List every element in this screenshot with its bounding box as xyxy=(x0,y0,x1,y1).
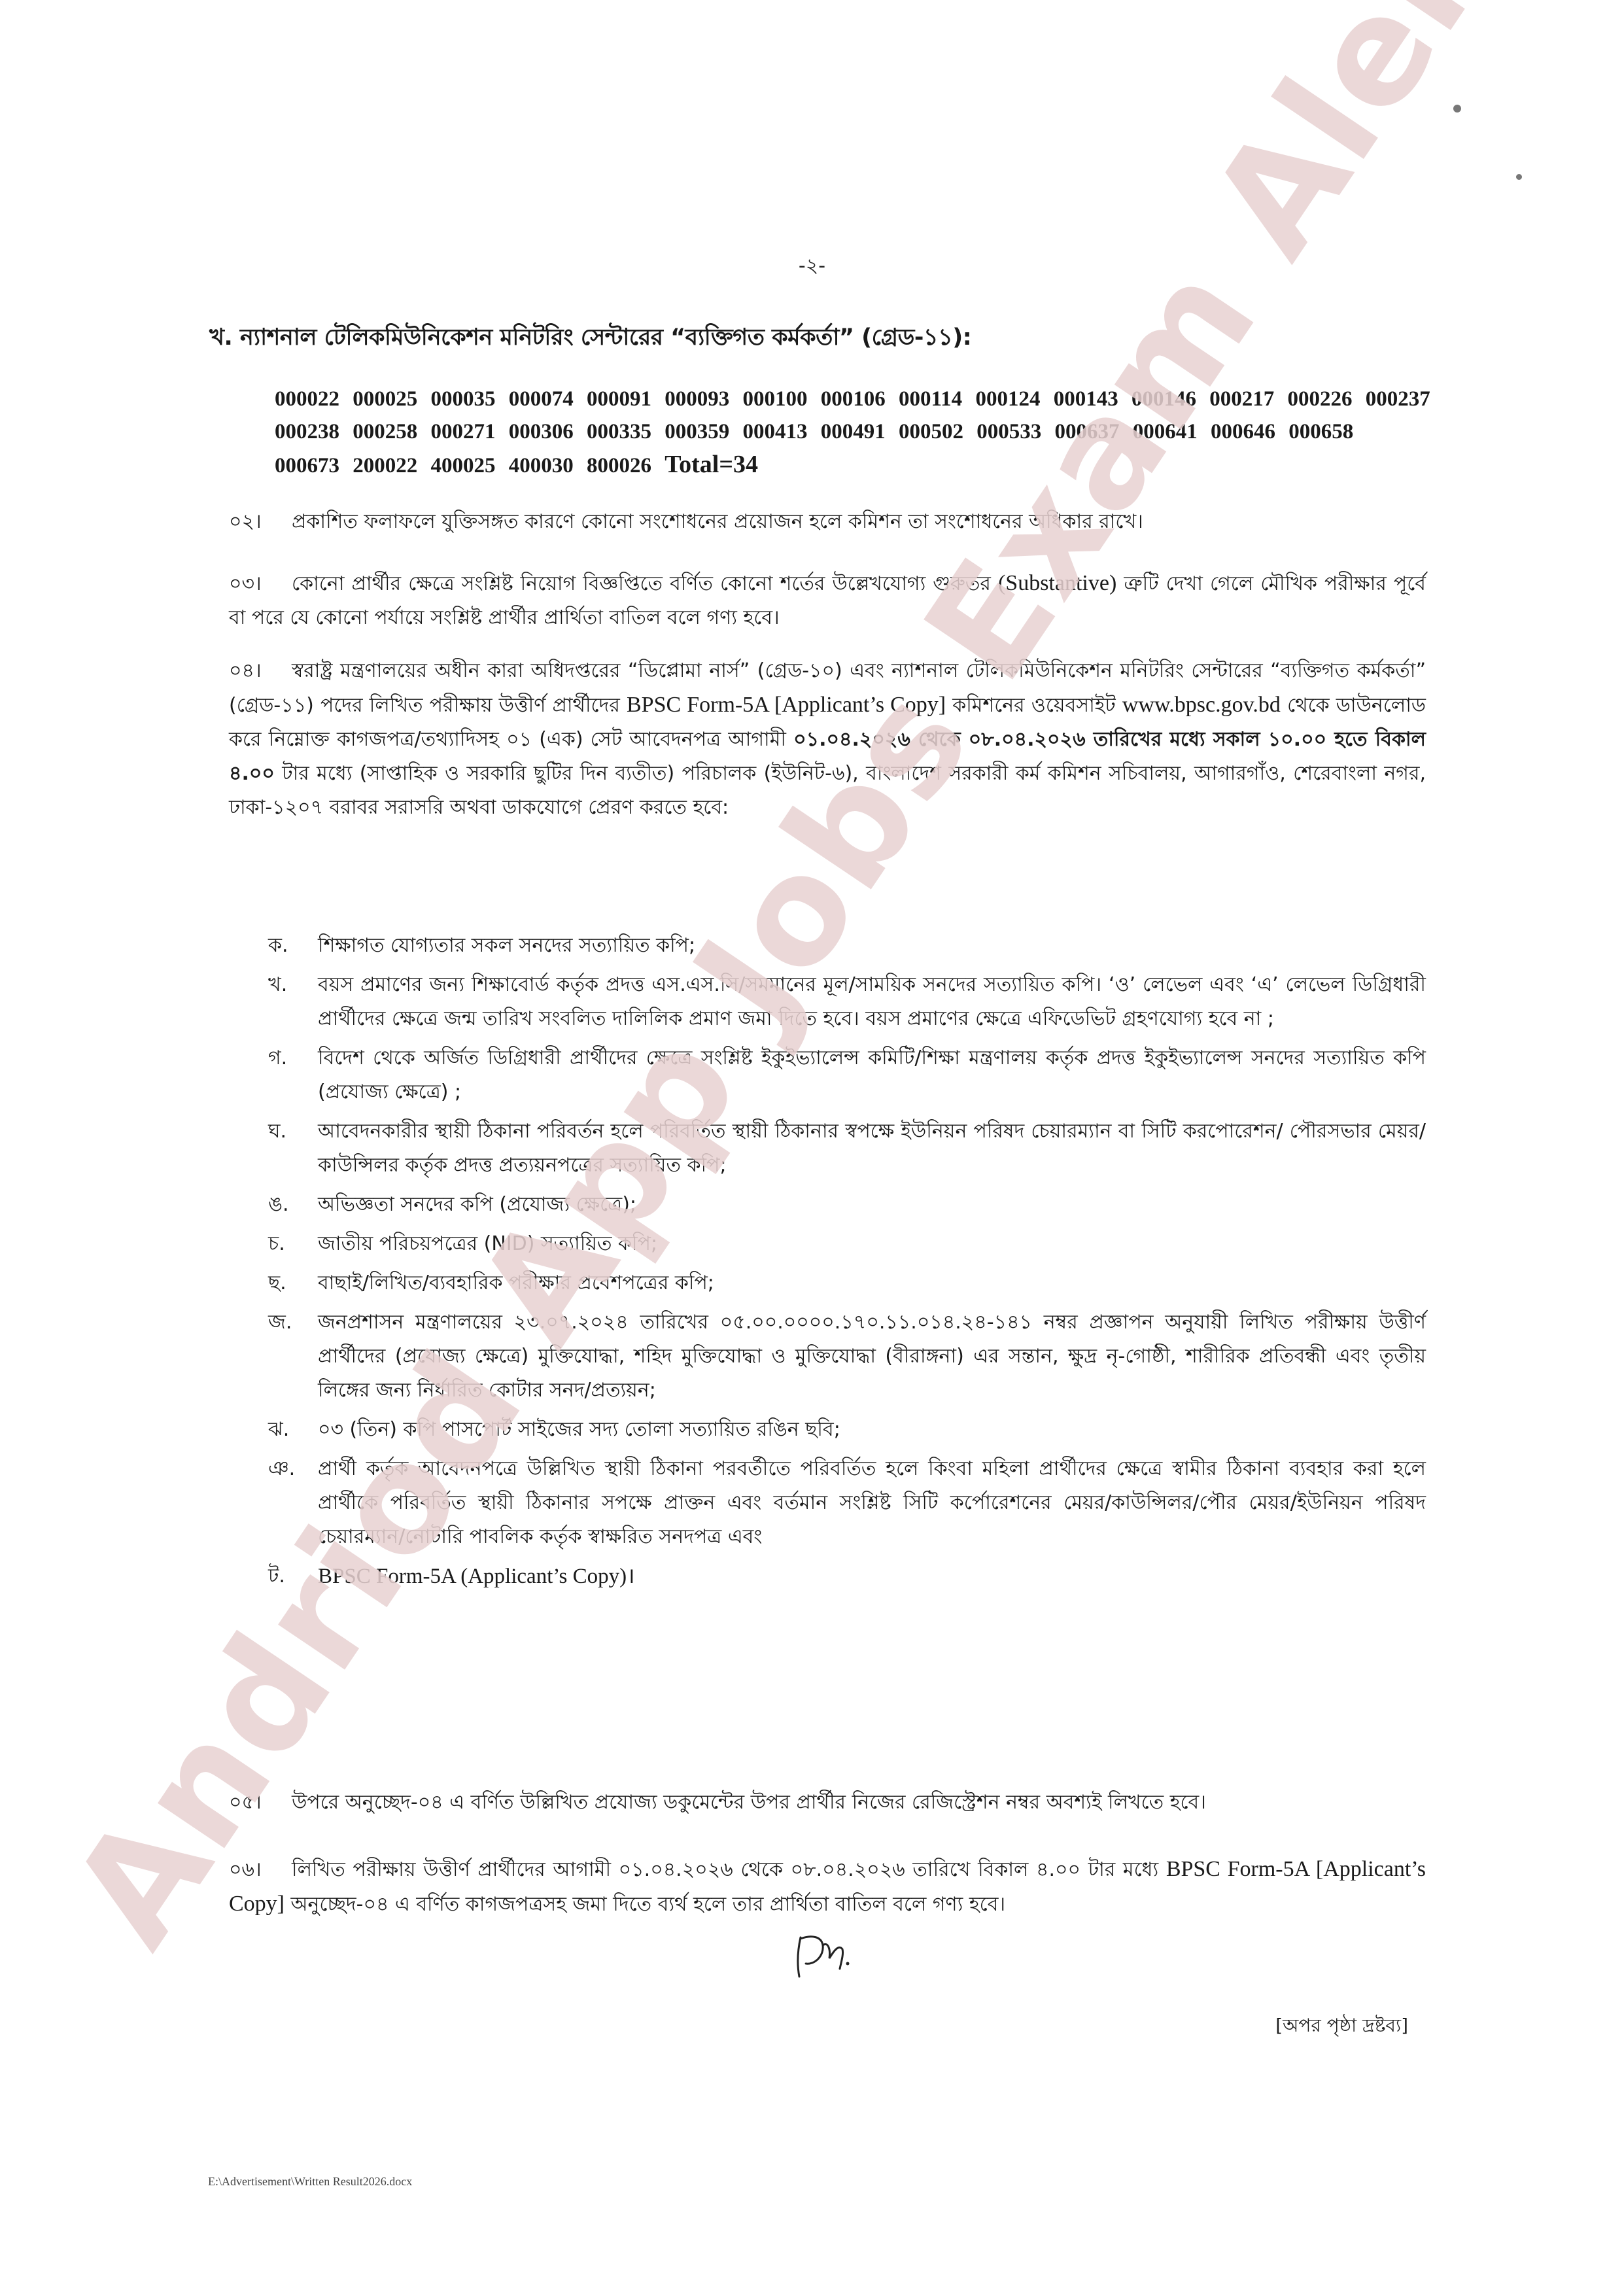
list-item: গ.বিদেশ থেকে অর্জিত ডিগ্রিধারী প্রার্থীদ… xyxy=(268,1041,1426,1109)
roll-number: 000093 xyxy=(665,387,729,411)
roll-number: 000359 xyxy=(665,420,729,443)
list-item: ঞ.প্রার্থী কর্তৃক আবেদনপত্রে উল্লিখিত স্… xyxy=(268,1452,1426,1554)
paragraph-text: লিখিত পরীক্ষায় উত্তীর্ণ প্রার্থীদের আগা… xyxy=(292,1858,1158,1881)
roll-number: 000238 xyxy=(275,420,339,443)
continued-note: [অপর পৃষ্ঠা দ্রষ্টব্য] xyxy=(1275,2011,1408,2042)
document-page: -২- খ. ন্যাশনাল টেলিকমিউনিকেশন মনিটরিং স… xyxy=(0,0,1624,2288)
list-item-label: খ. xyxy=(268,968,318,1036)
paragraph-05: ০৫।উপরে অনুচ্ছেদ-০৪ এ বর্ণিত উল্লিখিত প্… xyxy=(229,1786,1426,1820)
section-heading: খ. ন্যাশনাল টেলিকমিউনিকেশন মনিটরিং সেন্ট… xyxy=(209,319,971,358)
list-item: ঘ.আবেদনকারীর স্থায়ী ঠিকানা পরিবর্তন হলে… xyxy=(268,1115,1426,1183)
roll-number: 000641 xyxy=(1133,420,1198,443)
roll-number: 000533 xyxy=(976,420,1041,443)
roll-number: 000106 xyxy=(821,387,886,411)
roll-number: 200022 xyxy=(353,454,417,477)
roll-number: 000035 xyxy=(431,387,496,411)
paragraph-number: ০৪। xyxy=(229,654,292,688)
roll-number: 000091 xyxy=(587,387,651,411)
form-reference: BPSC Form-5A [Applicant’s Copy] xyxy=(627,693,946,717)
paragraph-06: ০৬।লিখিত পরীক্ষায় উত্তীর্ণ প্রার্থীদের … xyxy=(229,1852,1426,1922)
roll-number: 000491 xyxy=(821,420,886,443)
list-item-text: জাতীয় পরিচয়পত্রের (NID) সত্যায়িত কপি; xyxy=(318,1227,1426,1261)
website-link[interactable]: www.bpsc.gov.bd xyxy=(1122,693,1281,717)
roll-number: 000022 xyxy=(275,387,339,411)
list-item-label: ট. xyxy=(268,1559,318,1593)
roll-number: 000114 xyxy=(899,387,962,411)
list-item-label: চ. xyxy=(268,1227,318,1261)
roll-total: Total=34 xyxy=(665,451,758,478)
list-item-label: ক. xyxy=(268,929,318,963)
roll-number: 000637 xyxy=(1055,420,1120,443)
list-item-text: প্রার্থী কর্তৃক আবেদনপত্রে উল্লিখিত স্থা… xyxy=(318,1452,1426,1554)
scan-speck xyxy=(1453,105,1461,113)
list-item: চ.জাতীয় পরিচয়পত্রের (NID) সত্যায়িত কপ… xyxy=(268,1227,1426,1261)
paragraph-text: কমিশনের ওয়েবসাইট xyxy=(952,694,1116,717)
paragraph-text: উপরে অনুচ্ছেদ-০৪ এ বর্ণিত উল্লিখিত প্রযো… xyxy=(292,1791,1206,1814)
roll-number: 000502 xyxy=(899,420,963,443)
roll-number: 000258 xyxy=(353,420,417,443)
list-item: ঝ.০৩ (তিন) কপি পাসপোর্ট সাইজের সদ্য তোলা… xyxy=(268,1413,1426,1447)
list-item: ক.শিক্ষাগত যোগ্যতার সকল সনদের সত্যায়িত … xyxy=(268,929,1426,963)
roll-number: 000413 xyxy=(743,420,808,443)
list-item: খ.বয়স প্রমাণের জন্য শিক্ষাবোর্ড কর্তৃক … xyxy=(268,968,1426,1036)
roll-number: 400025 xyxy=(431,454,496,477)
list-item-text: ০৩ (তিন) কপি পাসপোর্ট সাইজের সদ্য তোলা স… xyxy=(318,1413,1426,1447)
roll-number-list: 000022 000025 000035 000074 000091 00009… xyxy=(275,383,1439,482)
list-item: জ.জনপ্রশাসন মন্ত্রণালয়ের ২৩.০৭.২০২৪ তার… xyxy=(268,1306,1426,1408)
roll-number: 400030 xyxy=(509,454,574,477)
list-item: ছ.বাছাই/লিখিত/ব্যবহারিক পরীক্ষার প্রবেশপ… xyxy=(268,1266,1426,1300)
list-item-text: জনপ্রশাসন মন্ত্রণালয়ের ২৩.০৭.২০২৪ তারিখ… xyxy=(318,1306,1426,1408)
list-item-label: ঞ. xyxy=(268,1452,318,1554)
roll-number: 000271 xyxy=(431,420,496,443)
paragraph-text: অনুচ্ছেদ-০৪ এ বর্ণিত কাগজপত্রসহ জমা দিতে… xyxy=(291,1893,1006,1916)
paragraph-03: ০৩।কোনো প্রার্থীর ক্ষেত্রে সংশ্লিষ্ট নিয… xyxy=(229,566,1426,635)
required-documents-list: ক.শিক্ষাগত যোগ্যতার সকল সনদের সত্যায়িত … xyxy=(268,929,1426,1599)
list-item-label: ঝ. xyxy=(268,1413,318,1447)
roll-number: 000335 xyxy=(587,420,651,443)
paragraph-text: কোনো প্রার্থীর ক্ষেত্রে সংশ্লিষ্ট নিয়োগ… xyxy=(292,572,991,595)
paragraph-text: টার মধ্যে (সাপ্তাহিক ও সরকারি ছুটির দিন … xyxy=(229,762,1426,819)
list-item-label: গ. xyxy=(268,1041,318,1109)
paragraph-number: ০৬। xyxy=(229,1853,292,1887)
list-item-label: ঘ. xyxy=(268,1115,318,1183)
paragraph-number: ০৫। xyxy=(229,1786,292,1820)
list-item-text: বাছাই/লিখিত/ব্যবহারিক পরীক্ষার প্রবেশপত্… xyxy=(318,1266,1426,1300)
page-number: -২- xyxy=(0,250,1624,283)
list-item-text: বয়স প্রমাণের জন্য শিক্ষাবোর্ড কর্তৃক প্… xyxy=(318,968,1426,1036)
roll-number: 000124 xyxy=(975,387,1040,411)
roll-number: 000146 xyxy=(1132,387,1196,411)
roll-number: 000226 xyxy=(1287,387,1352,411)
roll-number: 000025 xyxy=(353,387,417,411)
list-item-text: বিদেশ থেকে অর্জিত ডিগ্রিধারী প্রার্থীদের… xyxy=(318,1041,1426,1109)
file-path-footer: E:\Advertisement\Written Result2026.docx xyxy=(208,2175,412,2189)
paragraph-number: ০২। xyxy=(229,505,292,539)
paragraph-text: প্রকাশিত ফলাফলে যুক্তিসঙ্গত কারণে কোনো স… xyxy=(292,510,1143,533)
list-item-label: ঙ. xyxy=(268,1188,318,1222)
paragraph-04: ০৪।স্বরাষ্ট্র মন্ত্রণালয়ের অধীন কারা অধ… xyxy=(229,654,1426,825)
list-item-label: ছ. xyxy=(268,1266,318,1300)
paragraph-02: ০২।প্রকাশিত ফলাফলে যুক্তিসঙ্গত কারণে কোন… xyxy=(229,505,1426,539)
list-item-text: শিক্ষাগত যোগ্যতার সকল সনদের সত্যায়িত কপ… xyxy=(318,929,1426,963)
roll-number: 000237 xyxy=(1366,387,1430,411)
roll-number: 000658 xyxy=(1288,420,1353,443)
roll-number: 000217 xyxy=(1209,387,1274,411)
paragraph-number: ০৩। xyxy=(229,567,292,601)
roll-number: 000306 xyxy=(509,420,574,443)
list-item-text: আবেদনকারীর স্থায়ী ঠিকানা পরিবর্তন হলে প… xyxy=(318,1115,1426,1183)
english-term: (Substantive) xyxy=(998,571,1116,595)
list-item-label: জ. xyxy=(268,1306,318,1408)
list-item-text: অভিজ্ঞতা সনদের কপি (প্রযোজ্য ক্ষেত্রে); xyxy=(318,1188,1426,1222)
roll-number: 000074 xyxy=(509,387,574,411)
roll-number: 000100 xyxy=(743,387,808,411)
list-item: ট.BPSC Form-5A (Applicant’s Copy)। xyxy=(268,1559,1426,1593)
roll-number: 000143 xyxy=(1054,387,1118,411)
roll-number: 800026 xyxy=(587,454,651,477)
list-item-text: BPSC Form-5A (Applicant’s Copy)। xyxy=(318,1559,1426,1593)
signature-icon xyxy=(791,1930,870,1982)
roll-number: 000673 xyxy=(275,454,339,477)
list-item: ঙ.অভিজ্ঞতা সনদের কপি (প্রযোজ্য ক্ষেত্রে)… xyxy=(268,1188,1426,1222)
scan-speck xyxy=(1516,174,1522,180)
roll-number: 000646 xyxy=(1211,420,1275,443)
